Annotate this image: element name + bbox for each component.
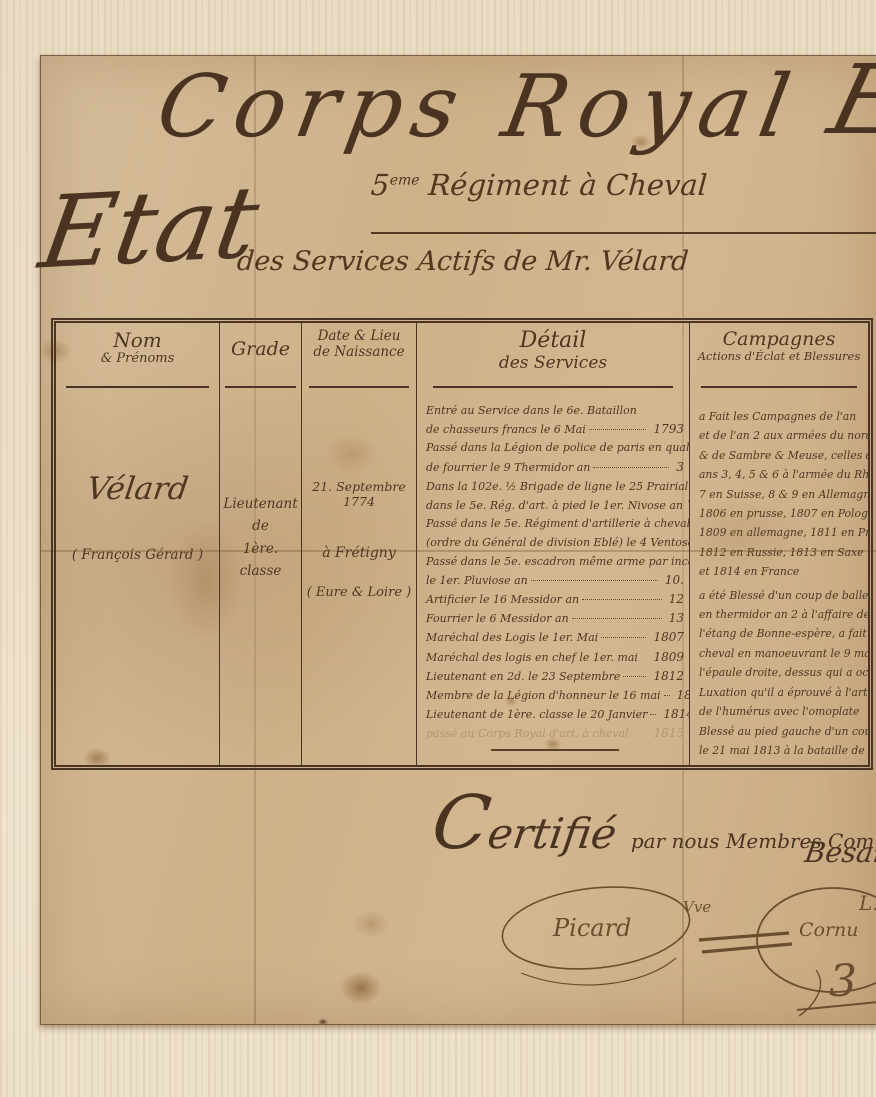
campaign-line: Luxation qu'il a éprouvé à l'articulatio… [699, 683, 868, 702]
header-underline [701, 386, 858, 389]
service-line: de chasseurs francs le 6 Mai1793 [426, 420, 684, 439]
column-header-label: de Naissance [302, 344, 416, 360]
soldier-forenames: ( François Gérard ) [56, 547, 219, 563]
column-header-label: Campagnes [690, 329, 868, 350]
grade-text: Lieutenant [220, 493, 301, 515]
campaign-line: le 21 mai 1813 à la bataille de Bautzen [699, 741, 868, 760]
regiment-text: Régiment à Cheval [427, 168, 708, 202]
campaigns-list: a Fait les Campagnes de l'anet de l'an 2… [699, 407, 868, 760]
column-header-services: Détail des Services [417, 323, 690, 391]
column-header-label: Grade [220, 329, 301, 360]
service-record-table: Nom & Prénoms Grade Date & Lieu de Naiss… [51, 318, 873, 770]
title-cut-letter: E [821, 52, 876, 148]
column-header-label: & Prénoms [56, 351, 219, 367]
campaign-line: ans 3, 4, 5 & 6 à l'armée du Rhin [699, 465, 868, 484]
cell-campaigns: a Fait les Campagnes de l'anet de l'an 2… [690, 391, 868, 765]
cell-name: Vélard ( François Gérard ) [56, 391, 220, 765]
service-line: Membre de la Légion d'honneur le 16 mai1… [426, 686, 684, 705]
campaign-line: 1812 en Russie, 1813 en Saxe [699, 543, 868, 562]
scanned-document-photo: Corps Royal E 5eme Régiment à Cheval Eta… [0, 0, 876, 1097]
etat-word: Etat [34, 172, 265, 283]
certify-word: Certifié [427, 780, 624, 866]
campaign-line: l'étang de Bonne-espère, a fait une chut… [699, 624, 868, 643]
column-header-nom: Nom & Prénoms [56, 323, 220, 391]
signatures-block: Picard Vve Cornu L. B 3 [461, 878, 876, 1023]
cell-grade: Lieutenant de 1ère. classe [220, 391, 302, 765]
service-line: le 1er. Pluviose an10. [426, 571, 684, 590]
soldier-name: Vélard [56, 471, 220, 507]
service-line: (ordre du Général de division Eblé) le 4… [426, 533, 684, 552]
service-line: Passé dans la Légion de police de paris … [426, 439, 684, 457]
service-line: Passé dans le 5e. Régiment d'artillerie … [426, 515, 684, 533]
birth-date: 21. Septembre 1774 [302, 479, 416, 509]
campaign-line: et de l'an 2 aux armées du nord [699, 426, 868, 445]
regiment-ordinal: eme [389, 172, 420, 188]
signature-cornu: Cornu [799, 919, 859, 941]
header-underline [225, 386, 296, 389]
column-header-label: des Services [417, 353, 689, 373]
regiment-line: 5eme Régiment à Cheval [370, 168, 708, 202]
birth-department: ( Eure & Loire ) [302, 585, 416, 600]
column-header-grade: Grade [220, 323, 302, 391]
column-header-label: Actions d'Éclat et Blessures [690, 350, 868, 364]
campaign-line: de l'humérus avec l'omoplate [699, 702, 868, 721]
column-header-label: Nom [56, 329, 219, 351]
campaign-line: a Fait les Campagnes de l'an [699, 407, 868, 426]
document-subtitle: des Services Actifs de Mr. Vélard [236, 246, 690, 277]
signature-flourish [521, 958, 676, 985]
service-line: passé au Corps Royal d'art. à cheval1815 [426, 724, 684, 743]
table-body-row: Vélard ( François Gérard ) Lieutenant de… [56, 391, 868, 765]
birth-place: à Frétigny [302, 545, 416, 561]
campaign-line: & de Sambre & Meuse, celles des [699, 446, 868, 465]
services-end-rule [491, 749, 619, 751]
signature-strike [699, 933, 792, 952]
campaign-line: a été Blessé d'un coup de balle à la jam… [699, 586, 868, 605]
column-header-campagnes: Campagnes Actions d'Éclat et Blessures [690, 323, 868, 391]
document-paper: Corps Royal E 5eme Régiment à Cheval Eta… [40, 55, 876, 1025]
signature-lb: L. B [858, 891, 876, 915]
signature-vve: Vve [683, 898, 711, 916]
campaign-line: Blessé au pied gauche d'un coup de bisca… [699, 722, 868, 741]
service-line: de fourrier le 9 Thermidor an3 [426, 458, 684, 477]
header-underline [66, 386, 209, 389]
campaign-line: cheval en manoeuvrant le 9 mars 1809 sur [699, 644, 868, 663]
grade-text: 1ère. classe [220, 538, 301, 583]
signature-picard: Picard [552, 914, 631, 942]
header-underline [433, 386, 672, 389]
table-header-row: Nom & Prénoms Grade Date & Lieu de Naiss… [56, 323, 868, 391]
column-header-label: Détail [417, 329, 689, 353]
service-line: Lieutenant de 1ère. classe le 20 Janvier… [426, 705, 684, 724]
header-rule [371, 232, 876, 234]
service-line: Entré au Service dans le 6e. Bataillon [426, 402, 684, 420]
campaign-line: et 1814 en France [699, 562, 868, 581]
column-header-label: Date & Lieu [302, 329, 416, 344]
campaign-line: 7 en Suisse, 8 & 9 en Allemagne [699, 485, 868, 504]
campaign-line: l'épaule droite, dessus qui a occasionné… [699, 663, 868, 682]
services-list: Entré au Service dans le 6e. Bataillonde… [426, 402, 684, 744]
cell-birth: 21. Septembre 1774 à Frétigny ( Eure & L… [302, 391, 417, 765]
document-title: Corps Royal [151, 64, 805, 150]
campaign-line: 1809 en allemagne, 1811 en Prusse [699, 523, 868, 542]
cell-services: Entré au Service dans le 6e. Bataillonde… [417, 391, 690, 765]
campaign-line: en thermidor an 2 à l'affaire de Landrec… [699, 605, 868, 624]
header-underline [309, 386, 409, 389]
column-header-naissance: Date & Lieu de Naissance [302, 323, 417, 391]
campaign-line: 1806 en prusse, 1807 en Pologne, [699, 504, 868, 523]
service-line: Maréchal des logis en chef le 1er. mai18… [426, 648, 684, 667]
place-name: Besançon [803, 836, 876, 869]
service-line: Passé dans le 5e. escadron même arme par… [426, 553, 684, 571]
service-line: Dans la 102e. ½ Brigade de ligne le 25 P… [426, 477, 684, 496]
service-line: Lieutenant en 2d. le 23 Septembre1812 [426, 667, 684, 686]
service-line: Artificier le 16 Messidor an12 [426, 590, 684, 609]
signature-flourish-three: 3 [829, 956, 857, 1007]
service-line: dans le 5e. Rég. d'art. à pied le 1er. N… [426, 496, 684, 515]
service-line: Fourrier le 6 Messidor an13 [426, 609, 684, 628]
regiment-number: 5 [370, 168, 391, 202]
service-line: Maréchal des Logis le 1er. Mai1807 [426, 628, 684, 647]
grade-text: de [220, 515, 301, 537]
